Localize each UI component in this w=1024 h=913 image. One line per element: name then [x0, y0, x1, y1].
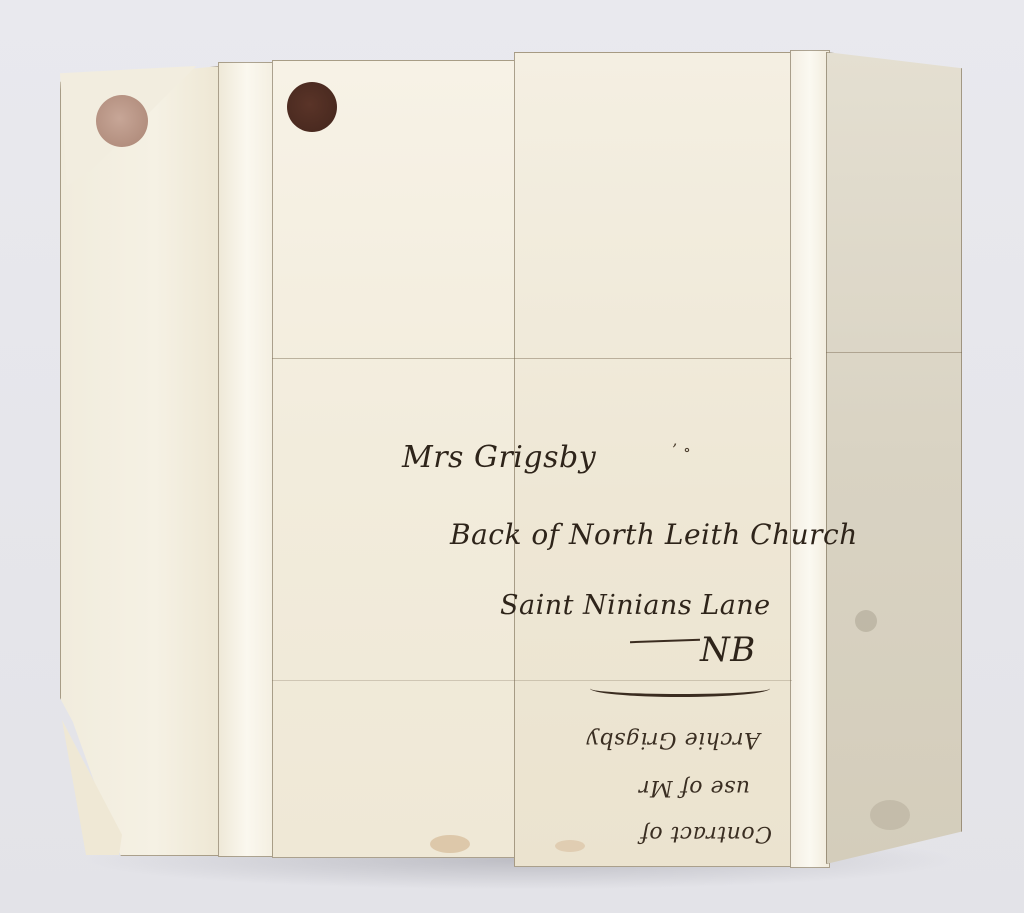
right-flap-panel	[826, 52, 962, 864]
docket-line-2: use of Mr	[639, 775, 750, 800]
horizontal-fold-right	[826, 352, 962, 353]
upside-down-docket: Contract of use of Mr Archie Grigsby	[590, 700, 780, 850]
left-spine-fold	[218, 62, 276, 857]
recipient-name: Mrs Grigsby	[402, 440, 596, 475]
underline-flourish	[590, 680, 770, 697]
wax-seal-light-icon	[96, 95, 148, 147]
foxing-stain	[430, 835, 470, 853]
dirt-smudge	[870, 800, 910, 830]
left-flap-panel	[60, 66, 220, 856]
horizontal-fold-upper	[272, 358, 792, 359]
docket-line-3: Archie Grigsby	[586, 727, 760, 752]
address-line-2: Saint Ninians Lane	[500, 590, 771, 621]
folded-letter: Mrs Grigsby ’ ∘ Back of North Leith Chur…	[0, 0, 1024, 913]
pen-mark: ’ ∘	[672, 440, 692, 459]
address-line-1: Back of North Leith Church	[450, 518, 858, 551]
address-region: NB	[700, 630, 756, 670]
right-spine-fold	[790, 50, 830, 868]
dirt-smudge	[855, 610, 877, 632]
docket-line-1: Contract of	[640, 821, 772, 846]
wax-seal-dark-icon	[287, 82, 337, 132]
foxing-stain	[555, 840, 585, 852]
